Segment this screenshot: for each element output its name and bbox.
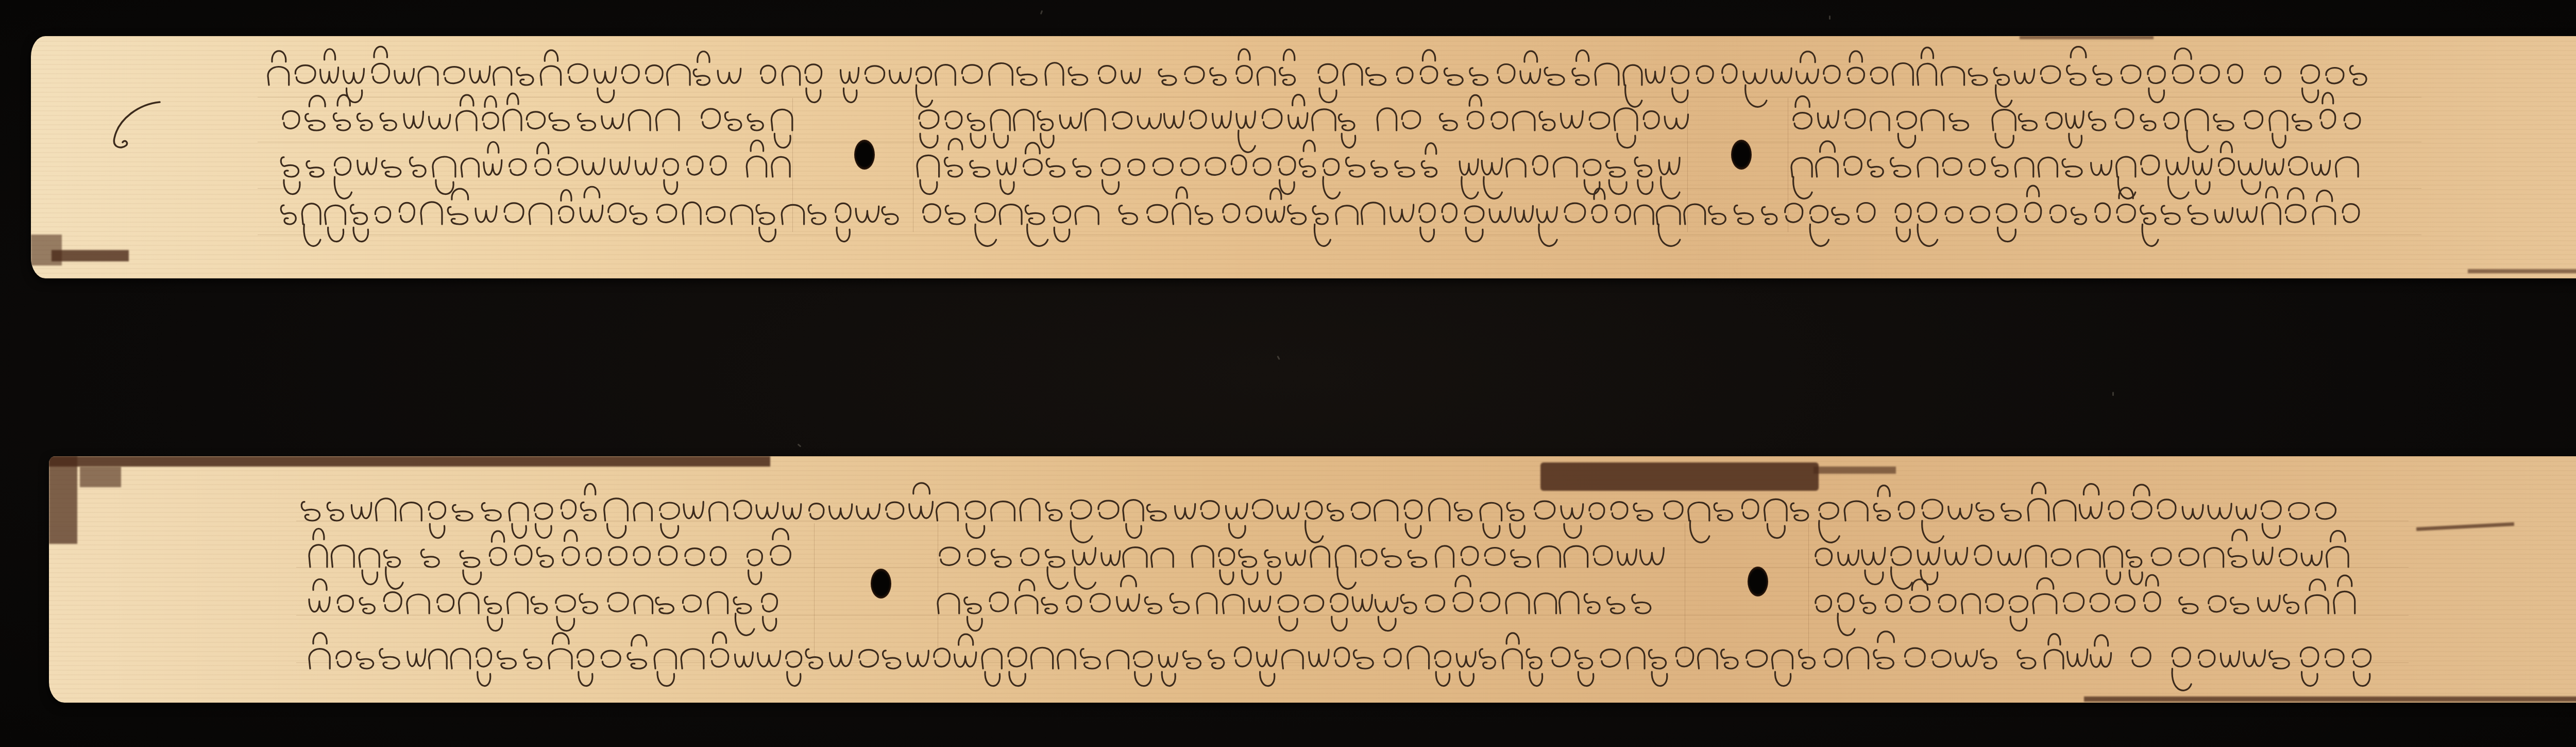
burn-mark bbox=[52, 250, 129, 261]
cloth-lint bbox=[1277, 356, 1280, 360]
script-glyphs bbox=[938, 577, 1674, 634]
cloth-lint bbox=[2112, 392, 2114, 396]
manuscript-line-segment: line 3 left column bbox=[309, 577, 806, 634]
leaf-label: Upper palm leaf (folio with page mark) bbox=[31, 36, 31, 37]
script-glyphs bbox=[309, 633, 2370, 689]
burn-mark bbox=[2020, 36, 2154, 39]
manuscript-line-segment: line 3 right column bbox=[1814, 577, 2349, 634]
manuscript-line-segment: line 3 middle column bbox=[938, 577, 1674, 634]
binding-hole bbox=[1731, 140, 1752, 170]
manuscript-line-segment: line 4 (continuous) bbox=[281, 188, 2365, 245]
cloth-lint bbox=[1829, 15, 1831, 20]
burn-mark bbox=[2468, 269, 2576, 273]
script-glyphs bbox=[309, 577, 806, 634]
burn-edge bbox=[49, 456, 77, 544]
cloth-lint bbox=[1040, 10, 1043, 15]
binding-hole bbox=[1748, 567, 1768, 596]
binding-hole bbox=[854, 140, 875, 170]
script-glyphs bbox=[1814, 577, 2349, 634]
page-mark-icon bbox=[103, 98, 165, 155]
burn-streak bbox=[2416, 522, 2514, 531]
burn-edge bbox=[2084, 696, 2576, 702]
script-glyphs bbox=[281, 188, 2365, 245]
binding-hole bbox=[871, 569, 891, 599]
burn-edge bbox=[80, 467, 121, 487]
manuscript-line-segment: line 4 (continuous) bbox=[309, 633, 2370, 689]
burn-edge bbox=[49, 456, 770, 467]
cloth-lint bbox=[797, 443, 801, 447]
burn-patch bbox=[1814, 467, 1896, 474]
